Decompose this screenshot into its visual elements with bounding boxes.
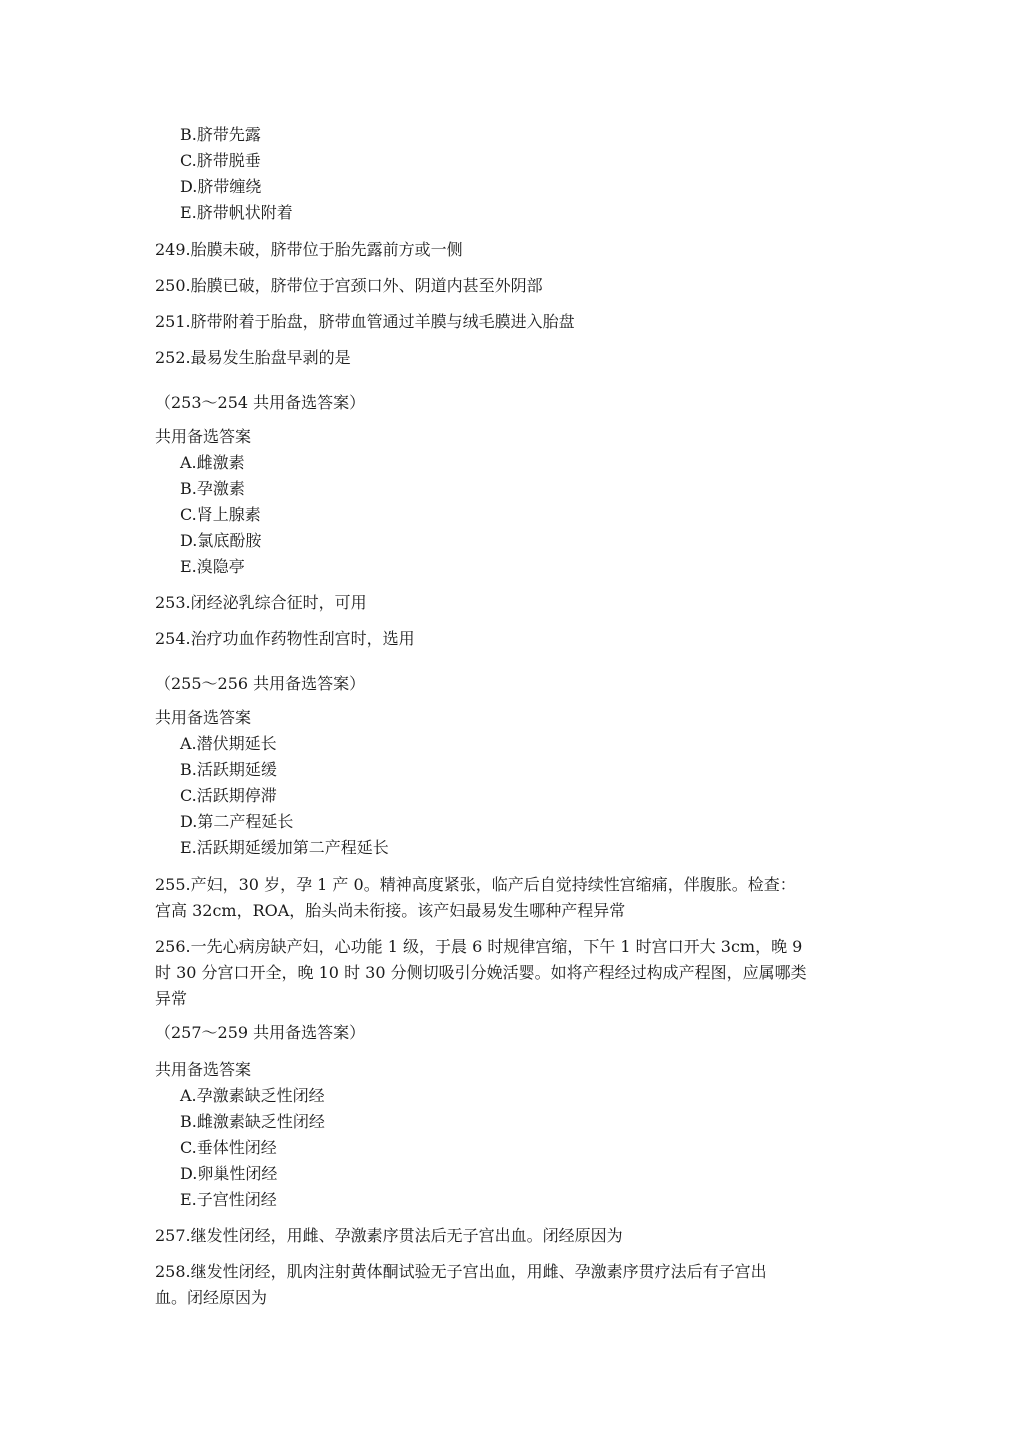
option-a: A.潜伏期延长 <box>180 731 277 757</box>
question-255-line1: 255.产妇，30 岁，孕 1 产 0。精神高度紧张，临产后自觉持续性宫缩痛，伴… <box>155 872 796 898</box>
option-e: E.子宫性闭经 <box>180 1187 277 1213</box>
option-c: C.活跃期停滞 <box>180 783 277 809</box>
question-257: 257.继发性闭经，用雌、孕激素序贯法后无子宫出血。闭经原因为 <box>155 1223 623 1249</box>
option-d: D.第二产程延长 <box>180 809 293 835</box>
question-256-line1: 256.一先心病房缺产妇，心功能 1 级，于晨 6 时规律宫缩，下午 1 时宫口… <box>155 934 802 960</box>
option-e: E.脐带帆状附着 <box>180 200 293 226</box>
question-254: 254.治疗功血作药物性刮宫时，选用 <box>155 626 415 652</box>
option-d: D.氯底酚胺 <box>180 528 261 554</box>
option-b: B.孕激素 <box>180 476 245 502</box>
option-c: C.肾上腺素 <box>180 502 261 528</box>
question-249: 249.胎膜未破，脐带位于胎先露前方或一侧 <box>155 237 463 263</box>
option-b: B.活跃期延缓 <box>180 757 277 783</box>
question-252: 252.最易发生胎盘早剥的是 <box>155 345 351 371</box>
option-d: D.脐带缠绕 <box>180 174 261 200</box>
option-e: E.溴隐亭 <box>180 554 245 580</box>
option-b: B.脐带先露 <box>180 122 261 148</box>
group-header-255: （255～256 共用备选答案） <box>155 671 365 697</box>
question-253: 253.闭经泌乳综合征时，可用 <box>155 590 367 616</box>
shared-options-label: 共用备选答案 <box>155 424 251 450</box>
question-251: 251.脐带附着于胎盘，脐带血管通过羊膜与绒毛膜进入胎盘 <box>155 309 575 335</box>
question-258-line2: 血。闭经原因为 <box>155 1285 267 1311</box>
option-b: B.雌激素缺乏性闭经 <box>180 1109 325 1135</box>
question-256-line2: 时 30 分宫口开全，晚 10 时 30 分侧切吸引分娩活婴。如将产程经过构成产… <box>155 960 807 986</box>
question-250: 250.胎膜已破，脐带位于宫颈口外、阴道内甚至外阴部 <box>155 273 543 299</box>
option-a: A.孕激素缺乏性闭经 <box>180 1083 325 1109</box>
question-255-line2: 宫高 32cm，ROA，胎头尚未衔接。该产妇最易发生哪种产程异常 <box>155 898 625 924</box>
shared-options-label: 共用备选答案 <box>155 1057 251 1083</box>
group-header-257: （257～259 共用备选答案） <box>155 1020 365 1046</box>
option-a: A.雌激素 <box>180 450 245 476</box>
shared-options-label: 共用备选答案 <box>155 705 251 731</box>
option-e: E.活跃期延缓加第二产程延长 <box>180 835 389 861</box>
question-256-line3: 异常 <box>155 986 187 1012</box>
option-c: C.脐带脱垂 <box>180 148 261 174</box>
question-258-line1: 258.继发性闭经，肌肉注射黄体酮试验无子宫出血，用雌、孕激素序贯疗法后有子宫出 <box>155 1259 767 1285</box>
option-c: C.垂体性闭经 <box>180 1135 277 1161</box>
group-header-253: （253～254 共用备选答案） <box>155 390 365 416</box>
option-d: D.卵巢性闭经 <box>180 1161 277 1187</box>
